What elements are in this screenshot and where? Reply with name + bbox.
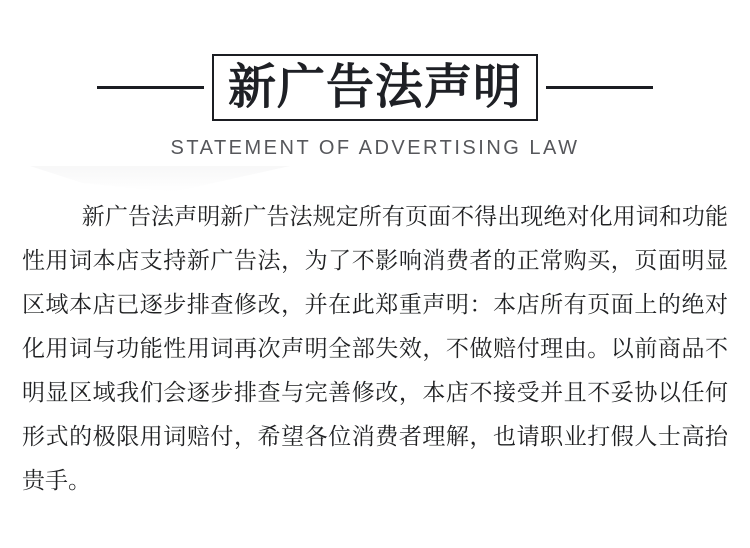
statement-paragraph: 新广告法声明新广告法规定所有页面不得出现绝对化用词和功能性用词本店支持新广告法，… bbox=[22, 194, 728, 502]
header-banner: 新广告法声明 bbox=[0, 54, 750, 121]
page-title: 新广告法声明 bbox=[228, 64, 522, 112]
subtitle: STATEMENT OF ADVERTISING LAW bbox=[0, 136, 750, 160]
faint-smudge-artifact bbox=[30, 166, 290, 192]
decorative-line-left bbox=[97, 86, 204, 89]
decorative-line-right bbox=[546, 86, 653, 89]
advertising-law-notice: 新广告法声明 STATEMENT OF ADVERTISING LAW 新广告法… bbox=[0, 0, 750, 548]
title-box: 新广告法声明 bbox=[212, 54, 538, 121]
